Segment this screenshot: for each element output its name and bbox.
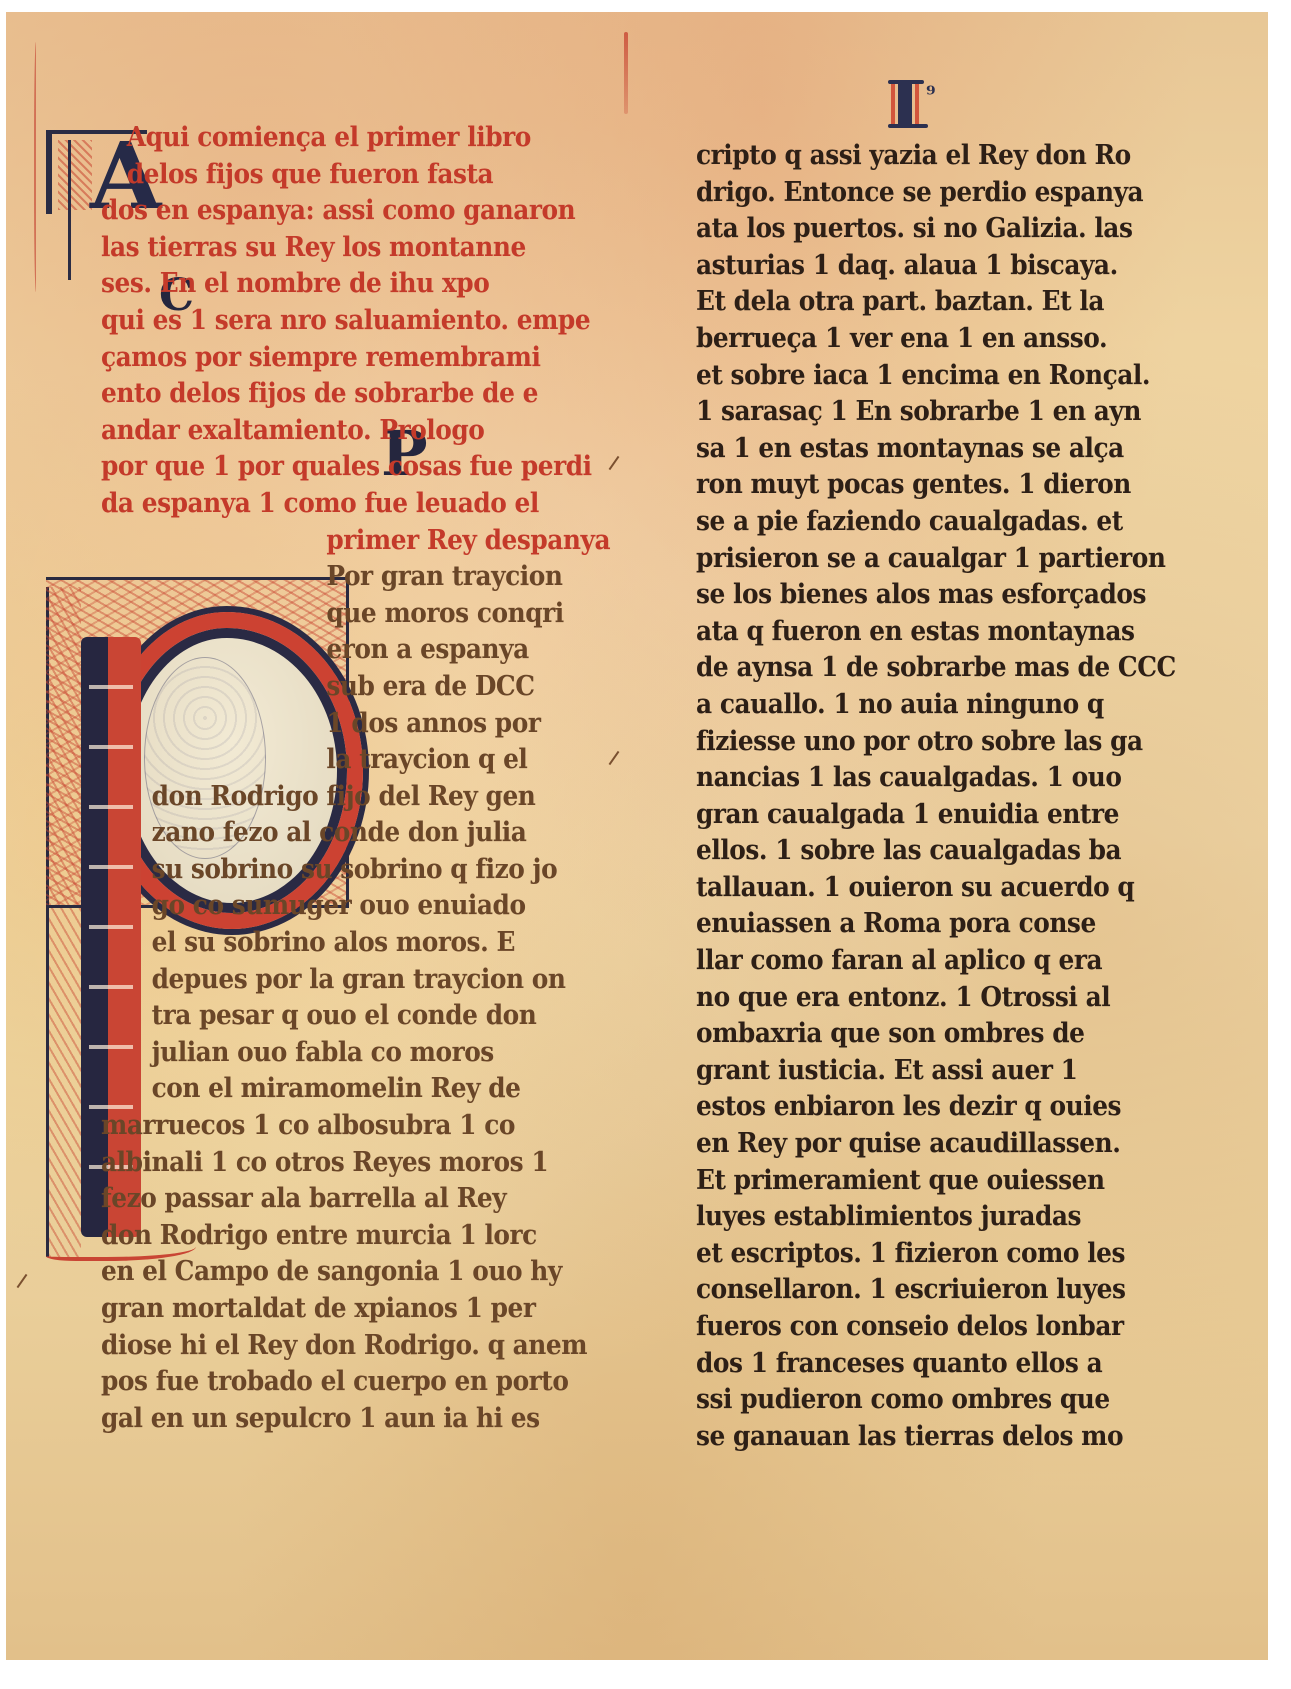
- text-line: pos fue trobado el cuerpo en porto: [101, 1364, 566, 1401]
- manuscript-page: A C P ⁹ Aqui comiença el primer libro de…: [6, 12, 1268, 1660]
- text-line: albinali 1 co otros Reyes moros 1: [101, 1145, 566, 1182]
- text-line: en Rey por quise acaudillassen.: [696, 1126, 1174, 1163]
- text-line: asturias 1 daq. alaua 1 biscaya.: [696, 248, 1174, 285]
- text-line: berrueça 1 ver ena 1 en ansso.: [696, 321, 1174, 358]
- text-line: ron muyt pocas gentes. 1 dieron: [696, 467, 1174, 504]
- initial-i-stem: [898, 84, 912, 124]
- initial-a-flourish: [68, 140, 79, 280]
- text-line: ata los puertos. si no Galizia. las: [696, 211, 1174, 248]
- rubric-line: las tierras su Rey los montanne: [101, 230, 566, 267]
- text-line: fueros con conseio delos lonbar: [696, 1309, 1174, 1346]
- text-line: sa 1 en estas montaynas se alça: [696, 431, 1174, 468]
- initial-i-base: [888, 124, 928, 128]
- text-line: en el Campo de sangonia 1 ouo hy: [101, 1254, 566, 1291]
- red-marginal-flourish: [624, 32, 628, 114]
- rubric-line: ses. En el nombre de ihu xpo: [101, 266, 566, 303]
- initial-i-red-stroke: [915, 84, 919, 124]
- text-line: dos 1 franceses quanto ellos a: [696, 1346, 1174, 1383]
- initial-i-tail: ⁹: [926, 82, 936, 108]
- text-line: eron a espanya: [101, 632, 566, 669]
- text-line: luyes establimientos juradas: [696, 1199, 1174, 1236]
- margin-mark: [17, 1274, 28, 1288]
- rubric-line: Aqui comiença el primer libro: [101, 120, 566, 157]
- text-line: fezo passar ala barrella al Rey: [101, 1181, 566, 1218]
- text-line: depues por la gran traycion on: [101, 962, 566, 999]
- text-line: Por gran traycion: [101, 559, 566, 596]
- text-line: sub era de DCC: [101, 669, 566, 706]
- text-line: de aynsa 1 de sobrarbe mas de CCC: [696, 650, 1174, 687]
- text-line: drigo. Entonce se perdio espanya: [696, 175, 1174, 212]
- text-line: ellos. 1 sobre las caualgadas ba: [696, 833, 1174, 870]
- text-line: prisieron se a caualgar 1 partieron: [696, 541, 1174, 578]
- text-line: don Rodrigo fijo del Rey gen: [101, 779, 566, 816]
- text-line: cripto q assi yazia el Rey don Ro: [696, 138, 1174, 175]
- rubric-line: dos en espanya: assi como ganaron: [101, 193, 566, 230]
- text-line: a cauallo. 1 no auia ninguno q: [696, 687, 1174, 724]
- right-column: cripto q assi yazia el Rey don Ro drigo.…: [696, 138, 1216, 1455]
- rubric-line: delos fijos que fueron fasta: [101, 157, 566, 194]
- text-line: et escriptos. 1 fizieron como les: [696, 1236, 1174, 1273]
- rubric-line: por que 1 por quales cosas fue perdi: [101, 449, 566, 486]
- text-line: don Rodrigo entre murcia 1 lorc: [101, 1218, 566, 1255]
- text-line: grant iusticia. Et assi auer 1: [696, 1053, 1174, 1090]
- text-line: se los bienes alos mas esforçados: [696, 577, 1174, 614]
- text-line: julian ouo fabla co moros: [101, 1035, 566, 1072]
- rubric-line: andar exaltamiento. Prologo: [101, 413, 566, 450]
- text-line: nancias 1 las caualgadas. 1 ouo: [696, 760, 1174, 797]
- text-line: estos enbiaron les dezir q ouies: [696, 1089, 1174, 1126]
- rubric-line: çamos por siempre remembrami: [101, 340, 566, 377]
- text-line: se a pie faziendo caualgadas. et: [696, 504, 1174, 541]
- text-line: marruecos 1 co albosubra 1 co: [101, 1108, 566, 1145]
- rubric-line: qui es 1 sera nro saluamiento. empe: [101, 303, 566, 340]
- initial-i-icon: ⁹: [886, 76, 926, 130]
- margin-mark: [609, 456, 620, 470]
- text-line: con el miramomelin Rey de: [101, 1071, 566, 1108]
- text-line: llar como faran al aplico q era: [696, 943, 1174, 980]
- text-line: se ganauan las tierras delos mo: [696, 1419, 1174, 1456]
- rubric-line: primer Rey despanya: [101, 523, 566, 560]
- rubric-line: da espanya 1 como fue leuado el: [101, 486, 566, 523]
- left-column: Aqui comiença el primer libro delos fijo…: [101, 120, 606, 1437]
- rubric-line: ento delos fijos de sobrarbe de e: [101, 376, 566, 413]
- left-margin-flourish: [34, 42, 39, 292]
- text-line: consellaron. 1 escriuieron luyes: [696, 1272, 1174, 1309]
- text-line: la traycion q el: [101, 742, 566, 779]
- text-line: gran mortaldat de xpianos 1 per: [101, 1291, 566, 1328]
- text-line: enuiassen a Roma pora conse: [696, 906, 1174, 943]
- initial-i-red-stroke: [891, 84, 895, 124]
- text-line: que moros conqri: [101, 596, 566, 633]
- text-line: ata q fueron en estas montaynas: [696, 614, 1174, 651]
- text-line: su sobrino su sobrino q fizo jo: [101, 852, 566, 889]
- text-line: ssi pudieron como ombres que: [696, 1382, 1174, 1419]
- text-line: 1 dos annos por: [101, 706, 566, 743]
- text-line: gal en un sepulcro 1 aun ia hi es: [101, 1401, 566, 1438]
- text-line: ombaxria que son ombres de: [696, 1016, 1174, 1053]
- text-line: zano fezo al conde don julia: [101, 815, 566, 852]
- text-line: diose hi el Rey don Rodrigo. q anem: [101, 1328, 566, 1365]
- text-line: go co sumuger ouo enuiado: [101, 888, 566, 925]
- text-line: 1 sarasaç 1 En sobrarbe 1 en ayn: [696, 394, 1174, 431]
- text-line: gran caualgada 1 enuidia entre: [696, 797, 1174, 834]
- text-line: Et primeramient que ouiessen: [696, 1163, 1174, 1200]
- text-line: tra pesar q ouo el conde don: [101, 998, 566, 1035]
- text-line: Et dela otra part. baztan. Et la: [696, 284, 1174, 321]
- text-line: fiziesse uno por otro sobre las ga: [696, 724, 1174, 761]
- text-line: tallauan. 1 ouieron su acuerdo q: [696, 870, 1174, 907]
- text-line: el su sobrino alos moros. E: [101, 925, 566, 962]
- text-line: no que era entonz. 1 Otrossi al: [696, 980, 1174, 1017]
- text-line: et sobre iaca 1 encima en Ronçal.: [696, 358, 1174, 395]
- margin-mark: [609, 751, 620, 765]
